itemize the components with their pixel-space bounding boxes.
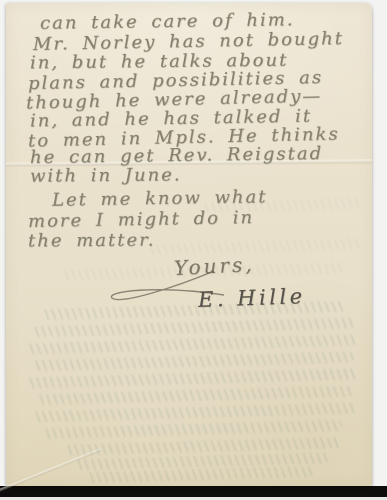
bleed-through-line <box>42 420 342 439</box>
letter-line: the matter. <box>28 231 156 252</box>
signature: E. Hille <box>198 284 306 312</box>
letter-paper: can take care of him. Mr. Norley has not… <box>6 3 372 486</box>
bleed-through-line <box>26 368 358 388</box>
bleed-through-line <box>31 317 356 337</box>
scanned-letter-page: can take care of him. Mr. Norley has not… <box>0 0 387 500</box>
bleed-through-line <box>36 386 354 406</box>
scanner-black-edge <box>0 486 387 497</box>
bleed-through-line <box>26 334 358 354</box>
bleed-through-line <box>32 352 354 372</box>
letter-line: more I might do in <box>28 208 254 232</box>
bleed-through-line <box>32 402 358 422</box>
letter-line: with in June. <box>30 165 182 186</box>
